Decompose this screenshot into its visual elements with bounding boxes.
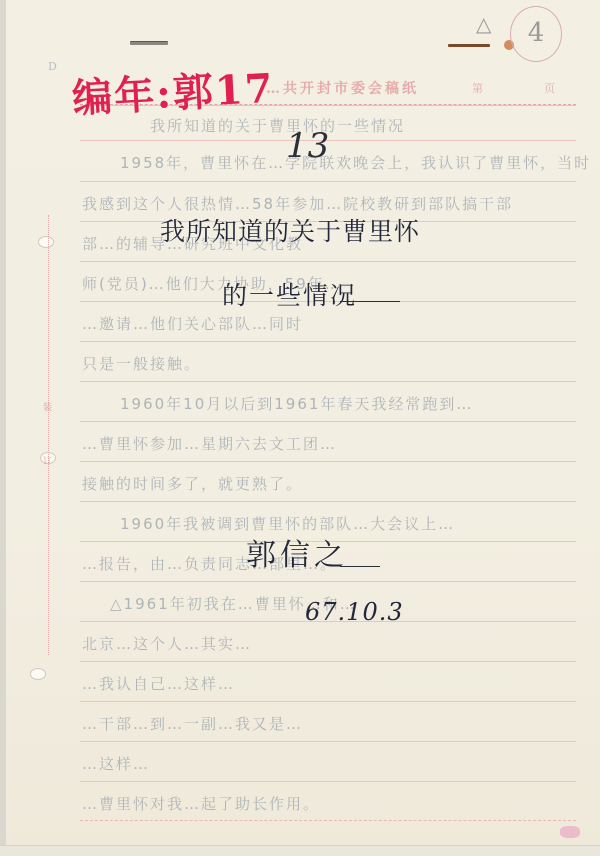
paper-printed-header: …共开封市委会稿纸 xyxy=(266,78,419,98)
paper-bottom-edge xyxy=(0,845,600,856)
ruled-line xyxy=(80,341,576,342)
paper-field-di: 第 xyxy=(472,80,483,96)
ruled-line xyxy=(80,181,576,182)
ink-page-number: 13 xyxy=(286,126,329,166)
ruled-line xyxy=(80,741,576,742)
ruled-line xyxy=(80,701,576,702)
pencil-text-line: …这样… xyxy=(82,753,578,774)
circled-number: 4 xyxy=(510,6,562,62)
pencil-text-line: …干部…到…一副…我又是… xyxy=(82,713,578,734)
ruled-line xyxy=(80,461,576,462)
ink-heading-line-2: 的一些情况 xyxy=(222,276,357,312)
ink-stroke xyxy=(340,301,400,302)
punch-hole xyxy=(30,668,46,680)
faint-pencil-mark: D xyxy=(48,60,57,73)
staple-right xyxy=(448,44,490,47)
margin-mark: 订 xyxy=(43,454,52,467)
ruled-line xyxy=(80,501,576,502)
ruled-line xyxy=(80,781,576,782)
bottom-rule xyxy=(80,820,576,821)
pencil-text-line: 1960年10月以后到1961年春天我经常跑到… xyxy=(120,393,600,414)
signature: 郭信之 xyxy=(246,530,348,574)
pencil-text-line: 我感到这个人很热情…58年参加…院校教研到部队搞干部 xyxy=(82,193,578,214)
ruled-line xyxy=(80,421,576,422)
pencil-text-line: 接触的时间多了，就更熟了。 xyxy=(82,473,578,494)
ink-smudge xyxy=(560,826,580,838)
pencil-text-line: 北京…这个人…其实… xyxy=(82,633,578,654)
ruled-line xyxy=(80,261,576,262)
ink-heading-line-1: 我所知道的关于曹里怀 xyxy=(160,212,420,248)
pencil-text-line: …邀请…他们关心部队…同时 xyxy=(82,313,578,334)
pencil-text-line: …我认自己…这样… xyxy=(82,673,578,694)
margin-mark: 装 xyxy=(43,400,52,413)
ink-stroke xyxy=(340,566,380,567)
staple-left xyxy=(130,41,168,45)
ruled-line xyxy=(80,661,576,662)
punch-hole xyxy=(38,236,54,248)
pencil-text-line: 只是一般接触。 xyxy=(82,353,578,374)
pencil-text-line: 1960年我被调到曹里怀的部队…大会议上… xyxy=(120,513,600,534)
pencil-text-line: 1958年，曹里怀在…学院联欢晚会上，我认识了曹里怀，当时 xyxy=(120,152,600,173)
scan-edge xyxy=(0,0,6,856)
binding-margin-line xyxy=(48,215,49,655)
pencil-text-line: 我所知道的关于曹里怀的一些情况 xyxy=(150,115,600,136)
ruled-line xyxy=(80,581,576,582)
paper-field-ye: 页 xyxy=(544,80,555,96)
ruled-line xyxy=(80,381,576,382)
document-page: 装 订 D △ 4 …共开封市委会稿纸 第 页 我所知道的关于曹里怀的一些情况 … xyxy=(0,0,600,856)
red-ink-archive-label: 编年:郭17 xyxy=(71,57,276,125)
triangle-mark: △ xyxy=(476,12,491,36)
pencil-text-line: …曹里怀对我…起了助长作用。 xyxy=(82,793,578,814)
signature-date: 67.10.3 xyxy=(305,598,404,626)
pencil-text-line: …曹里怀参加…星期六去文工团… xyxy=(82,433,578,454)
